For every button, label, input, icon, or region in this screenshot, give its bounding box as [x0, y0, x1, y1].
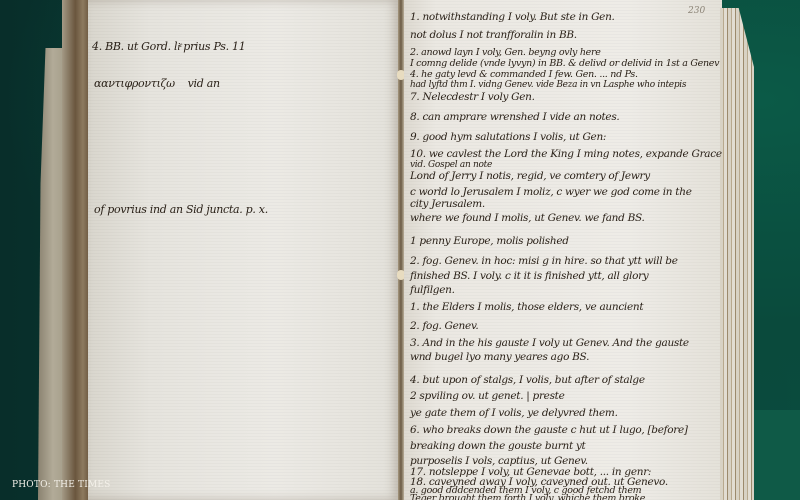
- right-page-line: ye gate them of I volis, ye delyvred the…: [410, 407, 618, 419]
- right-page-line: had lyftd thm I. vidng Genev. vide Beza …: [410, 80, 686, 90]
- right-page-line: 4. he gaty levd & commanded I few. Gen. …: [410, 69, 638, 80]
- right-page-line: 3. And in the his gauste I voly ut Genev…: [410, 337, 689, 349]
- photo-credit: PHOTO: THE TIMES: [12, 480, 111, 490]
- right-page-line: 1. the Elders I molis, those elders, ve …: [410, 301, 643, 313]
- right-page-line: 2. fog. Genev. in hoc: misi g in hire. s…: [410, 255, 678, 267]
- right-page-line: breaking down the gouste burnt yt: [410, 440, 585, 452]
- right-page-line: wnd bugel lyo many yeares ago BS.: [410, 351, 589, 363]
- page-fore-edge: [720, 8, 754, 500]
- right-page-line: 6. who breaks down the gauste c hut ut I…: [410, 424, 688, 436]
- right-page-line: Lond of Jerry I notis, regid, ve comtery…: [410, 170, 650, 182]
- right-page-line: 9. good hym salutations I volis, ut Gen:: [410, 131, 606, 143]
- right-page-line: 2 spviling ov. ut genet. | preste: [410, 390, 565, 402]
- right-page-line: 2. anowd layn I voly, Gen. beyng ovly he…: [410, 47, 601, 58]
- right-page-line: 4. but upon of stalgs, I volis, but afte…: [410, 374, 645, 386]
- right-page-line: fulfilgen.: [410, 284, 455, 296]
- right-page-line: 10. we cavlest the Lord the King I ming …: [410, 148, 722, 160]
- right-page-line: city Jerusalem.: [410, 198, 485, 210]
- right-page-line: 7. Nelecdestr I voly Gen.: [410, 91, 535, 103]
- right-page-line: 1. notwithstanding I voly. But ste in Ge…: [410, 11, 615, 23]
- right-page-line: not dolus I not tranfforalin in BB.: [410, 29, 577, 41]
- left-page-line: ααντιφροντιζω vid an: [94, 77, 220, 90]
- right-page-line: finished BS. I voly. c it it is finished…: [410, 270, 648, 282]
- right-page-line: 8. can amprare wrenshed I vide an notes.: [410, 111, 619, 123]
- left-page-line: 4. BB. ut Gord. liͤ prius Ps. 11: [92, 40, 245, 53]
- right-page-line: vid. Gospel an note: [410, 160, 492, 170]
- right-page-line: Teger brought them forth I voly, whiche …: [410, 493, 645, 500]
- right-page-line: I comng delide (vnde lyvyn) in BB. & del…: [410, 58, 719, 69]
- right-page-line: where we found I molis, ut Genev. we fan…: [410, 212, 645, 224]
- right-page-line: 2. fog. Genev.: [410, 320, 478, 332]
- right-page-line: 1 penny Europe, molis polished: [410, 235, 569, 247]
- left-page-line: of povrius ind an Sid juncta. p. x.: [94, 203, 268, 216]
- right-page-line: c world lo Jerusalem I moliz, c wyer we …: [410, 186, 692, 198]
- page-number: 230: [688, 6, 705, 16]
- left-page: [88, 0, 400, 500]
